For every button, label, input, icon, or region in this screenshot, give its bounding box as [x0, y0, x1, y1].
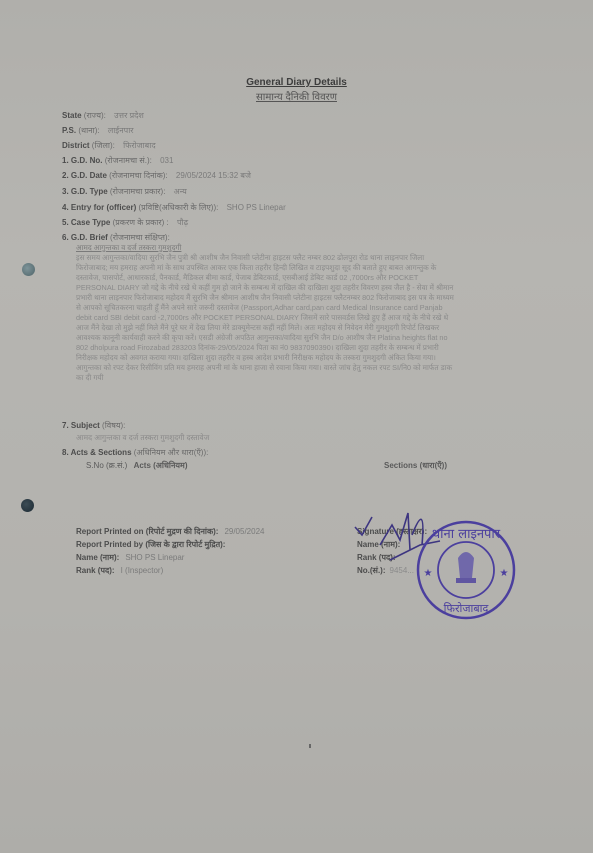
field-gd-type: 3. G.D. Type (रोजनामचा प्रकार): अन्य — [62, 186, 187, 197]
printed-by-name: Name (नाम):SHO PS Linepar — [76, 552, 184, 563]
col-sno: S.No (क्र.सं.) — [86, 461, 127, 470]
svg-text:★: ★ — [424, 568, 433, 579]
document-page: General Diary Details सामान्य दैनिकी विव… — [0, 0, 593, 853]
gd-brief-text: आमद आगुन्तका व दर्ज तस्करा गुमशुदगीइस सम… — [76, 243, 546, 383]
svg-text:फिरोजाबाद: फिरोजाबाद — [444, 602, 489, 615]
brief-line: आगुन्तका को रपट देकर रिसीविंग प्रति मय ह… — [76, 363, 546, 373]
brief-line: दस्तावेज, पासपोर्ट, आधारकार्ड, पैनकार्ड,… — [76, 273, 546, 283]
brief-line: आज मैंने देखा तो मुझे नहीं मिले मैंने पू… — [76, 323, 546, 333]
page-mark — [309, 744, 311, 748]
col-acts: Acts (अधिनियम) — [134, 461, 188, 470]
field-state: State (राज्य): उत्तर प्रदेश — [62, 110, 144, 121]
brief-line: इस समय आगुन्तका/वादिया सुरभि जैन पुत्री … — [76, 253, 546, 263]
brief-line: से आपको सूचितकरना चाहती हूँ मैंने अपने स… — [76, 303, 546, 313]
police-seal-stamp-icon: थाना लाइनपार फिरोजाबाद ★ ★ — [414, 518, 518, 622]
field-police-station: P.S. (थाना): लाईनपार — [62, 125, 134, 136]
brief-line: debit card SBI debit card -2,7000rs और P… — [76, 313, 546, 323]
subject-value: आमद आगुन्तका व दर्ज तस्करा गुमशुदगी दस्त… — [76, 433, 209, 443]
col-sections: Sections (धारा(एँ)) — [384, 460, 447, 471]
field-gd-brief: 6. G.D. Brief (रोजनामचा संक्षिप्त): — [62, 232, 170, 243]
field-subject: 7. Subject (विषय): — [62, 420, 125, 431]
field-gd-no: 1. G.D. No. (रोजनामचा सं.): 031 — [62, 155, 173, 166]
brief-line: प्रभारी थाना लाइनपार फिरोजाबाद महोदय मैं… — [76, 293, 546, 303]
brief-line: आमद आगुन्तका व दर्ज तस्करा गुमशुदगी — [76, 243, 546, 253]
brief-line: 802 dholpura road Firozabad 283203 दिनां… — [76, 343, 546, 353]
brief-line: फिरोजाबाद; मय हमराह अपनी मां के साथ उपस्… — [76, 263, 546, 273]
svg-text:★: ★ — [500, 568, 509, 579]
printed-by-rank: Rank (पद):I (Inspector) — [76, 565, 163, 576]
printed-on: Report Printed on (रिपोर्ट मुद्रण की दिन… — [76, 526, 264, 537]
brief-line: आवश्यक कानूनी कार्यवाही करने की कृपा करे… — [76, 333, 546, 343]
field-district: District (जिला): फिरोजाबाद — [62, 140, 156, 151]
field-entry-for: 4. Entry for (officer) (प्रविष्टि(अधिकार… — [62, 202, 286, 213]
document-title-en: General Diary Details — [0, 77, 593, 88]
field-case-type: 5. Case Type (प्रकरण के प्रकार) : पौढ़ — [62, 217, 188, 228]
brief-line: का दी गयी — [76, 373, 546, 383]
field-gd-date: 2. G.D. Date (रोजनामचा दिनांक): 29/05/20… — [62, 170, 251, 181]
brief-line: निरीक्षक महोदय को अवगत कराया गया। दाखिला… — [76, 353, 546, 363]
document-title-hi: सामान्य दैनिकी विवरण — [0, 89, 593, 103]
svg-text:थाना लाइनपार: थाना लाइनपार — [432, 527, 501, 542]
printed-by: Report Printed by (जिस के द्वारा रिपोर्ट… — [76, 539, 225, 550]
punch-hole — [21, 499, 34, 512]
punch-hole — [22, 263, 35, 276]
field-acts-sections: 8. Acts & Sections (अधिनियम और धारा(एँ))… — [62, 447, 208, 458]
brief-line: PERSONAL DIARY जो गद्दे के नीचे रखे थे क… — [76, 283, 546, 293]
acts-table-header: S.No (क्र.सं.) Acts (अधिनियम) — [86, 460, 188, 471]
